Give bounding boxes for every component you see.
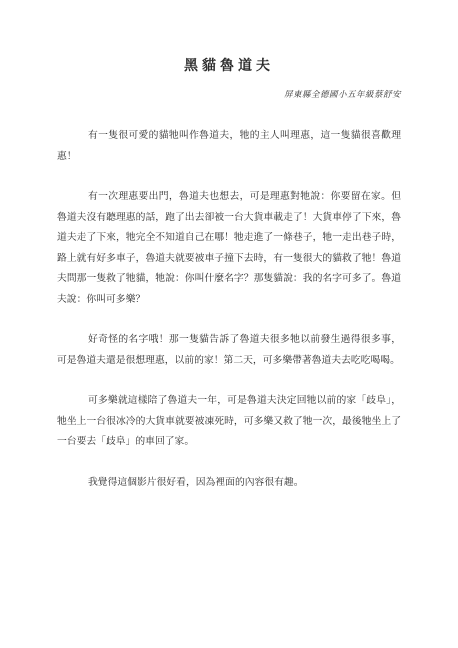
document-page: 黑貓魯道夫 屏東縣全德國小五年級蔡舒安 有一隻很可愛的貓牠叫作魯道夫，牠的主人叫… [0,0,458,648]
document-title: 黑貓魯道夫 [57,58,401,76]
paragraph: 有一次理惠要出門，魯道夫也想去，可是理惠對牠說：你要留在家。但魯道夫沒有聽理惠的… [57,187,401,310]
paragraph: 我覺得這個影片很好看，因為裡面的內容很有趣。 [57,473,401,494]
paragraph: 好奇怪的名字哦！那一隻貓告訴了魯道夫很多牠以前發生過得很多事，可是魯道夫還是很想… [57,330,401,371]
paragraph: 可多樂就這樣陪了魯道夫一年，可是魯道夫決定回牠以前的家「歧阜」，牠坐上一台很冰冷… [57,391,401,453]
essay-body: 有一隻很可愛的貓牠叫作魯道夫，牠的主人叫理惠，這一隻貓很喜歡理惠！ 有一次理惠要… [57,126,401,493]
paragraph: 有一隻很可愛的貓牠叫作魯道夫，牠的主人叫理惠，這一隻貓很喜歡理惠！ [57,126,401,167]
document-byline: 屏東縣全德國小五年級蔡舒安 [57,88,401,100]
